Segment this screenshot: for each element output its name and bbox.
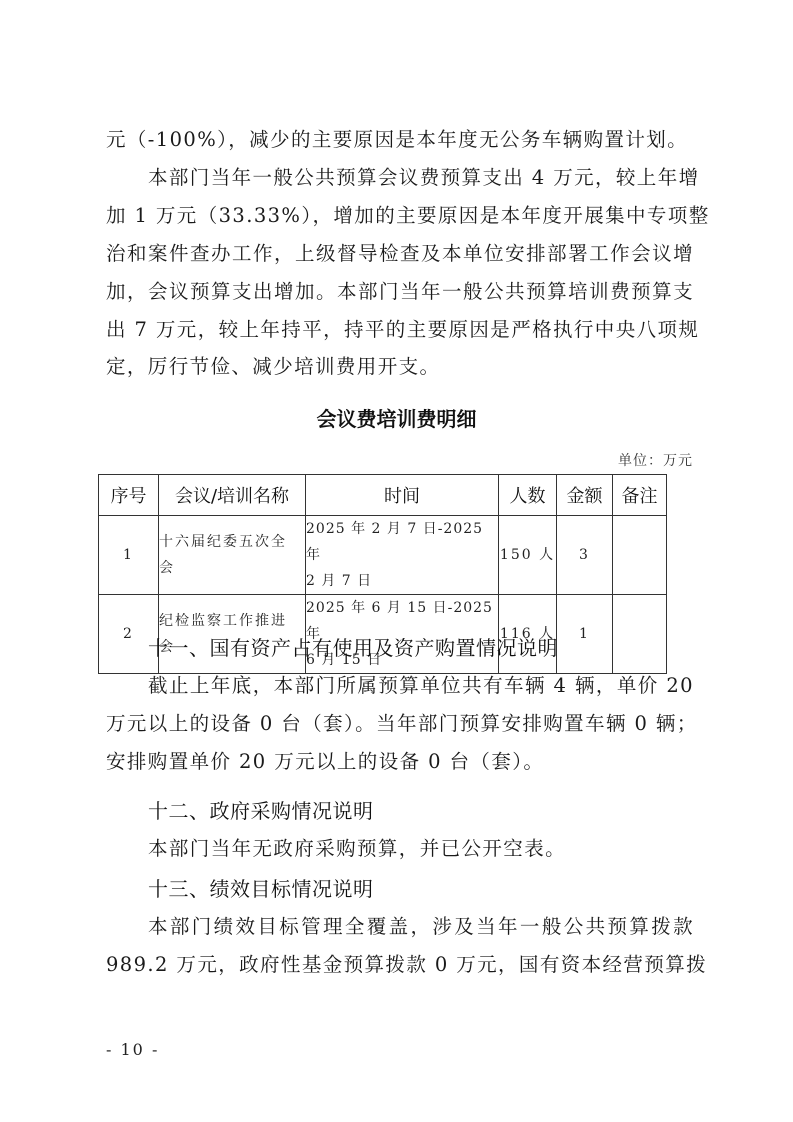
- paragraph-line: 截止上年底，本部门所属预算单位共有车辆 4 辆，单价 20: [148, 674, 694, 698]
- paragraph-line: 万元以上的设备 0 台（套）。当年部门预算安排购置车辆 0 辆；: [106, 712, 694, 736]
- cell-time: 2025 年 2 月 7 日-2025 年 2 月 7 日: [306, 516, 499, 595]
- paragraph-line: 本部门绩效目标管理全覆盖，涉及当年一般公共预算拨款: [148, 915, 694, 939]
- cell-name-line: 会: [159, 555, 305, 581]
- paragraph-line: 治和案件查办工作，上级督导检查及本单位安排部署工作会议增: [106, 242, 694, 266]
- paragraph-line: 加 1 万元（33.33%），增加的主要原因是本年度开展集中专项整: [106, 204, 694, 228]
- header-name: 会议/培训名称: [159, 475, 306, 516]
- table-title: 会议费培训费明细: [0, 406, 793, 432]
- cell-time-line: 2 月 7 日: [306, 568, 498, 594]
- paragraph-line: 出 7 万元，较上年持平，持平的主要原因是严格执行中央八项规: [106, 318, 694, 342]
- document-page: 元（-100%），减少的主要原因是本年度无公务车辆购置计划。 本部门当年一般公共…: [0, 0, 793, 1122]
- table-header-row: 序号 会议/培训名称 时间 人数 金额 备注: [99, 475, 667, 516]
- section-heading-11: 十一、国有资产占有使用及资产购置情况说明: [148, 636, 558, 660]
- cell-remark: [613, 516, 667, 595]
- section-heading-13: 十三、绩效目标情况说明: [148, 877, 374, 901]
- paragraph-line: 定，厉行节俭、减少培训费用开支。: [106, 355, 694, 379]
- cell-name-line: 十六届纪委五次全: [159, 529, 305, 555]
- cell-name: 纪检监察工作推进 会: [159, 595, 306, 674]
- cell-people: 150 人: [499, 516, 557, 595]
- cell-name: 十六届纪委五次全 会: [159, 516, 306, 595]
- table-row: 2 纪检监察工作推进 会 2025 年 6 月 15 日-2025 年 6 月 …: [99, 595, 667, 674]
- cell-time: 2025 年 6 月 15 日-2025 年 6 月 15 日: [306, 595, 499, 674]
- paragraph-line: 加，会议预算支出增加。本部门当年一般公共预算培训费预算支: [106, 280, 694, 304]
- paragraph-line: 989.2 万元，政府性基金预算拨款 0 万元，国有资本经营预算拨: [106, 953, 694, 977]
- cell-index: 2: [99, 595, 159, 674]
- cell-index: 1: [99, 516, 159, 595]
- cell-people: 116 人: [499, 595, 557, 674]
- paragraph-line: 安排购置单价 20 万元以上的设备 0 台（套）。: [106, 750, 694, 774]
- page-number: - 10 -: [106, 1040, 159, 1059]
- header-time: 时间: [306, 475, 499, 516]
- header-amount: 金额: [557, 475, 613, 516]
- cell-amount: 3: [557, 516, 613, 595]
- paragraph-line: 本部门当年无政府采购预算，并已公开空表。: [148, 837, 694, 861]
- paragraph-line: 元（-100%），减少的主要原因是本年度无公务车辆购置计划。: [106, 128, 694, 152]
- header-index: 序号: [99, 475, 159, 516]
- cell-name-line: 纪检监察工作推进: [159, 608, 305, 634]
- cell-amount: 1: [557, 595, 613, 674]
- cell-remark: [613, 595, 667, 674]
- unit-label: 单位：万元: [618, 452, 693, 470]
- section-heading-12: 十二、政府采购情况说明: [148, 799, 374, 823]
- header-people: 人数: [499, 475, 557, 516]
- table-row: 1 十六届纪委五次全 会 2025 年 2 月 7 日-2025 年 2 月 7…: [99, 516, 667, 595]
- cell-time-line: 2025 年 2 月 7 日-2025 年: [306, 516, 498, 568]
- paragraph-line: 本部门当年一般公共预算会议费预算支出 4 万元，较上年增: [148, 166, 694, 190]
- header-remark: 备注: [613, 475, 667, 516]
